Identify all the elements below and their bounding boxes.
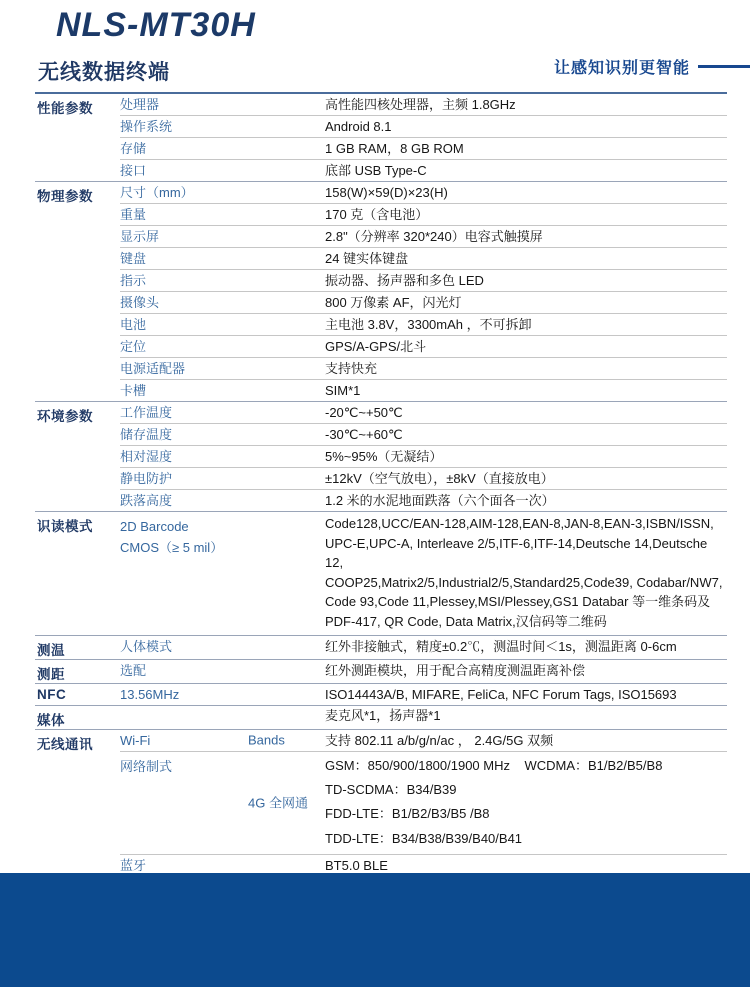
row-value-line: Code 93,Code 11,Plessey,MSI/Plessey,GS1 … — [325, 592, 727, 612]
row-value: 主电池 3.8V，3300mAh ，不可拆卸 — [325, 315, 727, 334]
row-label: 接口 — [120, 160, 325, 181]
spec-section: 无线通讯Wi-FiBands支持 802.11 a/b/g/n/ac ， 2.4… — [35, 729, 727, 877]
row-label: 键盘 — [120, 248, 325, 269]
row-label-line: CMOS（≥ 5 mil） — [120, 537, 325, 558]
row-value-line: 主电池 3.8V，3300mAh ，不可拆卸 — [325, 315, 727, 334]
section-category: 物理参数 — [35, 182, 120, 401]
section-rows: 工作温度-20℃~+50℃储存温度-30℃~+60℃相对湿度5%~95%（无凝结… — [120, 402, 727, 511]
row-value-line: 麦克风*1，扬声器*1 — [325, 706, 727, 725]
row-label: 指示 — [120, 270, 325, 291]
spec-section: NFC13.56MHzISO14443A/B, MIFARE, FeliCa, … — [35, 683, 727, 705]
row-label: 2D BarcodeCMOS（≥ 5 mil） — [120, 514, 325, 632]
spec-table: 性能参数处理器高性能四核处理器，主频 1.8GHz操作系统Android 8.1… — [35, 92, 727, 901]
row-value-line: 振动器、扬声器和多色 LED — [325, 271, 727, 290]
table-row: 麦克风*1，扬声器*1 — [120, 706, 727, 727]
table-row: 选配红外测距模块，用于配合高精度测温距离补偿 — [120, 660, 727, 681]
row-label-line: 操作系统 — [120, 116, 325, 137]
row-value: ISO14443A/B, MIFARE, FeliCa, NFC Forum T… — [325, 685, 727, 704]
table-row: 13.56MHzISO14443A/B, MIFARE, FeliCa, NFC… — [120, 684, 727, 705]
row-value-line: 高性能四核处理器，主频 1.8GHz — [325, 95, 727, 114]
row-value-line: FDD-LTE：B1/B2/B3/B5 /B8 — [325, 802, 727, 826]
table-row: 尺寸（mm）158(W)×59(D)×23(H) — [120, 182, 727, 203]
row-value: GSM：850/900/1800/1900 MHz WCDMA：B1/B2/B5… — [325, 754, 727, 852]
row-value: 振动器、扬声器和多色 LED — [325, 271, 727, 290]
row-label: 相对湿度 — [120, 446, 325, 467]
row-value: Code128,UCC/EAN-128,AIM-128,EAN-8,JAN-8,… — [325, 514, 727, 632]
row-value: 1 GB RAM，8 GB ROM — [325, 139, 727, 158]
row-value: -30℃~+60℃ — [325, 425, 727, 444]
row-value-line: ISO14443A/B, MIFARE, FeliCa, NFC Forum T… — [325, 685, 727, 704]
row-label-line: 尺寸（mm） — [120, 182, 325, 203]
table-row: 存储1 GB RAM，8 GB ROM — [120, 137, 727, 159]
section-rows: 选配红外测距模块，用于配合高精度测温距离补偿 — [120, 660, 727, 683]
row-value-line: -20℃~+50℃ — [325, 403, 727, 422]
section-category: NFC — [35, 684, 120, 705]
row-label: 电池 — [120, 314, 325, 335]
row-value-line: COOP25,Matrix2/5,Industrial2/5,Standard2… — [325, 573, 727, 593]
table-row: 卡槽SIM*1 — [120, 379, 727, 401]
row-value-line: GPS/A-GPS/北斗 — [325, 337, 727, 356]
row-label: 定位 — [120, 336, 325, 357]
row-value-line: ±12kV（空气放电），±8kV（直接放电） — [325, 469, 727, 488]
row-value-line: 红外非接触式，精度±0.2℃，测温时间＜1s，测温距离 0-6cm — [325, 637, 727, 656]
row-label-line: 卡槽 — [120, 380, 325, 401]
row-value: 2.8"（分辨率 320*240）电容式触摸屏 — [325, 227, 727, 246]
row-label-line: 接口 — [120, 160, 325, 181]
row-value: 支持快充 — [325, 359, 727, 378]
row-label: 卡槽 — [120, 380, 325, 401]
row-label-line: 跌落高度 — [120, 490, 325, 511]
row-value-line: 24 键实体键盘 — [325, 249, 727, 268]
row-value-line: Android 8.1 — [325, 117, 727, 136]
table-row: 工作温度-20℃~+50℃ — [120, 402, 727, 423]
table-row: 跌落高度1.2 米的水泥地面跌落（六个面各一次） — [120, 489, 727, 511]
table-row: 电池主电池 3.8V，3300mAh ，不可拆卸 — [120, 313, 727, 335]
row-label-line: 静电防护 — [120, 468, 325, 489]
row-label-line: 指示 — [120, 270, 325, 291]
table-row: 2D BarcodeCMOS（≥ 5 mil）Code128,UCC/EAN-1… — [120, 512, 727, 635]
row-value: ±12kV（空气放电），±8kV（直接放电） — [325, 469, 727, 488]
spec-section: 测距选配红外测距模块，用于配合高精度测温距离补偿 — [35, 659, 727, 683]
section-rows: 13.56MHzISO14443A/B, MIFARE, FeliCa, NFC… — [120, 684, 727, 705]
row-label: 重量 — [120, 204, 325, 225]
table-row: 处理器高性能四核处理器，主频 1.8GHz — [120, 94, 727, 115]
row-value: 红外非接触式，精度±0.2℃，测温时间＜1s，测温距离 0-6cm — [325, 637, 727, 656]
brand-tagline: 让感知识别更智能 — [554, 55, 750, 78]
row-value: 800 万像素 AF，闪光灯 — [325, 293, 727, 312]
row-label: 跌落高度 — [120, 490, 325, 511]
spec-sheet-content: 性能参数处理器高性能四核处理器，主频 1.8GHz操作系统Android 8.1… — [35, 92, 727, 921]
row-label-line: 处理器 — [120, 94, 325, 115]
spec-section: 测温人体模式红外非接触式，精度±0.2℃，测温时间＜1s，测温距离 0-6cm — [35, 635, 727, 659]
row-value-line: GSM：850/900/1800/1900 MHz WCDMA：B1/B2/B5… — [325, 754, 727, 778]
table-row: 电源适配器支持快充 — [120, 357, 727, 379]
row-label-line: 13.56MHz — [120, 684, 325, 705]
row-label-line: 2D Barcode — [120, 516, 325, 537]
row-value-line: SIM*1 — [325, 381, 727, 400]
table-row: 显示屏2.8"（分辨率 320*240）电容式触摸屏 — [120, 225, 727, 247]
table-row: 人体模式红外非接触式，精度±0.2℃，测温时间＜1s，测温距离 0-6cm — [120, 636, 727, 657]
row-value: 1.2 米的水泥地面跌落（六个面各一次） — [325, 491, 727, 510]
row-label: Wi-FiBands — [120, 730, 325, 751]
spec-section: 性能参数处理器高性能四核处理器，主频 1.8GHz操作系统Android 8.1… — [35, 94, 727, 181]
row-value: -20℃~+50℃ — [325, 403, 727, 422]
row-value-line: 5%~95%（无凝结） — [325, 447, 727, 466]
table-row: Wi-FiBands支持 802.11 a/b/g/n/ac ， 2.4G/5G… — [120, 730, 727, 751]
section-rows: Wi-FiBands支持 802.11 a/b/g/n/ac ， 2.4G/5G… — [120, 730, 727, 877]
page-title: 无线数据终端 — [38, 56, 170, 86]
spec-section: 环境参数工作温度-20℃~+50℃储存温度-30℃~+60℃相对湿度5%~95%… — [35, 401, 727, 511]
section-category: 媒体 — [35, 706, 120, 729]
section-category: 识读模式 — [35, 512, 120, 635]
row-label-line: 工作温度 — [120, 402, 325, 423]
row-value-line: Code128,UCC/EAN-128,AIM-128,EAN-8,JAN-8,… — [325, 514, 727, 534]
row-label: 静电防护 — [120, 468, 325, 489]
row-label: 网络制式4G 全网通 — [120, 754, 325, 852]
row-label: 摄像头 — [120, 292, 325, 313]
row-sublabel: Bands — [248, 733, 285, 748]
row-label-line: 存储 — [120, 138, 325, 159]
row-label-line: 电池 — [120, 314, 325, 335]
row-label: 尺寸（mm） — [120, 182, 325, 203]
row-value-line: 支持 802.11 a/b/g/n/ac ， 2.4G/5G 双频 — [325, 731, 727, 750]
table-row: 键盘24 键实体键盘 — [120, 247, 727, 269]
row-label-line: 人体模式 — [120, 636, 325, 657]
row-label: 人体模式 — [120, 636, 325, 657]
row-value-line: 1.2 米的水泥地面跌落（六个面各一次） — [325, 491, 727, 510]
section-rows: 2D BarcodeCMOS（≥ 5 mil）Code128,UCC/EAN-1… — [120, 512, 727, 635]
row-value-line: 170 克（含电池） — [325, 205, 727, 224]
footer-brand-band — [0, 873, 750, 987]
section-category: 测温 — [35, 636, 120, 659]
row-value: 麦克风*1，扬声器*1 — [325, 706, 727, 725]
brand-tagline-text: 让感知识别更智能 — [554, 55, 690, 78]
row-label: 选配 — [120, 660, 325, 681]
row-value-line: 1 GB RAM，8 GB ROM — [325, 139, 727, 158]
row-value-line: 红外测距模块，用于配合高精度测温距离补偿 — [325, 661, 727, 680]
row-value: 158(W)×59(D)×23(H) — [325, 183, 727, 202]
row-label: 工作温度 — [120, 402, 325, 423]
spec-section: 识读模式2D BarcodeCMOS（≥ 5 mil）Code128,UCC/E… — [35, 511, 727, 635]
row-value-line: PDF-417, QR Code, Data Matrix,汉信码等二维码 — [325, 612, 727, 632]
table-row: 重量170 克（含电池） — [120, 203, 727, 225]
section-category: 无线通讯 — [35, 730, 120, 877]
table-row: 操作系统Android 8.1 — [120, 115, 727, 137]
row-value-line: TD-SCDMA：B34/B39 — [325, 778, 727, 802]
row-label-line: 键盘 — [120, 248, 325, 269]
row-value: 支持 802.11 a/b/g/n/ac ， 2.4G/5G 双频 — [325, 731, 727, 750]
row-value: 5%~95%（无凝结） — [325, 447, 727, 466]
row-value: 红外测距模块，用于配合高精度测温距离补偿 — [325, 661, 727, 680]
row-value-line: 2.8"（分辨率 320*240）电容式触摸屏 — [325, 227, 727, 246]
table-row: 定位GPS/A-GPS/北斗 — [120, 335, 727, 357]
row-label-line: 显示屏 — [120, 226, 325, 247]
row-label: 存储 — [120, 138, 325, 159]
row-value: Android 8.1 — [325, 117, 727, 136]
section-rows: 尺寸（mm）158(W)×59(D)×23(H)重量170 克（含电池）显示屏2… — [120, 182, 727, 401]
row-value-line: 支持快充 — [325, 359, 727, 378]
row-label-line: 选配 — [120, 660, 325, 681]
table-row: 网络制式4G 全网通GSM：850/900/1800/1900 MHz WCDM… — [120, 751, 727, 855]
row-value-line: TDD-LTE：B34/B38/B39/B40/B41 — [325, 827, 727, 851]
tagline-rule — [698, 65, 750, 68]
row-label: 电源适配器 — [120, 358, 325, 379]
row-label: 显示屏 — [120, 226, 325, 247]
row-label-line: 摄像头 — [120, 292, 325, 313]
table-row: 接口底部 USB Type-C — [120, 159, 727, 181]
row-label-line: 相对湿度 — [120, 446, 325, 467]
row-label: 储存温度 — [120, 424, 325, 445]
spec-section: 媒体麦克风*1，扬声器*1 — [35, 705, 727, 729]
section-rows: 人体模式红外非接触式，精度±0.2℃，测温时间＜1s，测温距离 0-6cm — [120, 636, 727, 659]
table-row: 相对湿度5%~95%（无凝结） — [120, 445, 727, 467]
row-label-line: 定位 — [120, 336, 325, 357]
row-value: SIM*1 — [325, 381, 727, 400]
table-row: 指示振动器、扬声器和多色 LED — [120, 269, 727, 291]
section-rows: 麦克风*1，扬声器*1 — [120, 706, 727, 729]
row-value-line: UPC-E,UPC-A, Interleave 2/5,ITF-6,ITF-14… — [325, 534, 727, 573]
row-label: 13.56MHz — [120, 684, 325, 705]
section-rows: 处理器高性能四核处理器，主频 1.8GHz操作系统Android 8.1存储1 … — [120, 94, 727, 181]
spec-section: 物理参数尺寸（mm）158(W)×59(D)×23(H)重量170 克（含电池）… — [35, 181, 727, 401]
product-model-logo: NLS-MT30H — [56, 6, 256, 45]
row-value-line: 800 万像素 AF，闪光灯 — [325, 293, 727, 312]
row-value: 底部 USB Type-C — [325, 161, 727, 180]
section-category: 测距 — [35, 660, 120, 683]
row-label: 处理器 — [120, 94, 325, 115]
row-value-line: 158(W)×59(D)×23(H) — [325, 183, 727, 202]
row-value: GPS/A-GPS/北斗 — [325, 337, 727, 356]
section-category: 环境参数 — [35, 402, 120, 511]
row-label-line: Wi-Fi — [120, 730, 325, 751]
table-row: 储存温度-30℃~+60℃ — [120, 423, 727, 445]
row-value-line: 底部 USB Type-C — [325, 161, 727, 180]
row-value: 24 键实体键盘 — [325, 249, 727, 268]
row-label: 操作系统 — [120, 116, 325, 137]
row-label-line: 电源适配器 — [120, 358, 325, 379]
row-label-line: 储存温度 — [120, 424, 325, 445]
row-label — [120, 706, 325, 727]
section-category: 性能参数 — [35, 94, 120, 181]
row-value-line: -30℃~+60℃ — [325, 425, 727, 444]
table-row: 静电防护±12kV（空气放电），±8kV（直接放电） — [120, 467, 727, 489]
row-label-line: 重量 — [120, 204, 325, 225]
row-value: 高性能四核处理器，主频 1.8GHz — [325, 95, 727, 114]
row-label-line: 网络制式 — [120, 756, 325, 777]
table-row: 摄像头800 万像素 AF，闪光灯 — [120, 291, 727, 313]
row-value: 170 克（含电池） — [325, 205, 727, 224]
row-sublabel: 4G 全网通 — [248, 793, 308, 812]
